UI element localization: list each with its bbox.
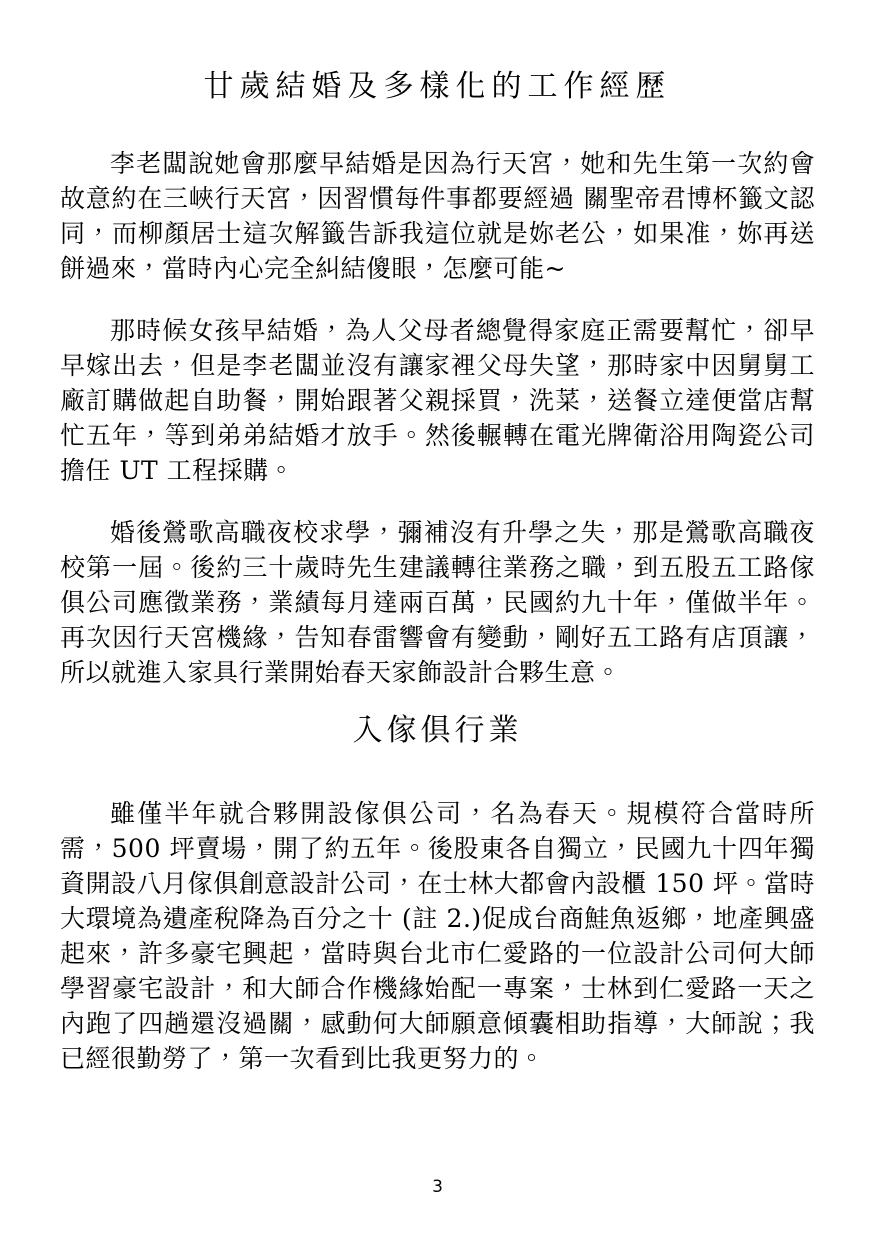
- section-heading: 入傢俱行業: [60, 712, 815, 749]
- page-footer: 3: [0, 1176, 875, 1198]
- page-number: 3: [432, 1177, 443, 1197]
- page-title: 廿歲結婚及多樣化的工作經歷: [60, 68, 815, 105]
- document-page: 廿歲結婚及多樣化的工作經歷 李老闆說她會那麼早結婚是因為行天宮，她和先生第一次約…: [0, 0, 875, 1240]
- paragraph-4: 雖僅半年就合夥開設傢俱公司，名為春天。規模符合當時所需，500 坪賣場，開了約五…: [60, 796, 815, 1076]
- paragraph-1: 李老闆說她會那麼早結婚是因為行天宮，她和先生第一次約會故意約在三峽行天宮，因習慣…: [60, 146, 815, 286]
- paragraph-3: 婚後鶯歌高職夜校求學，彌補沒有升學之失，那是鶯歌高職夜校第一屆。後約三十歲時先生…: [60, 515, 815, 690]
- paragraph-2: 那時候女孩早結婚，為人父母者總覺得家庭正需要幫忙，卻早早嫁出去，但是李老闆並沒有…: [60, 313, 815, 488]
